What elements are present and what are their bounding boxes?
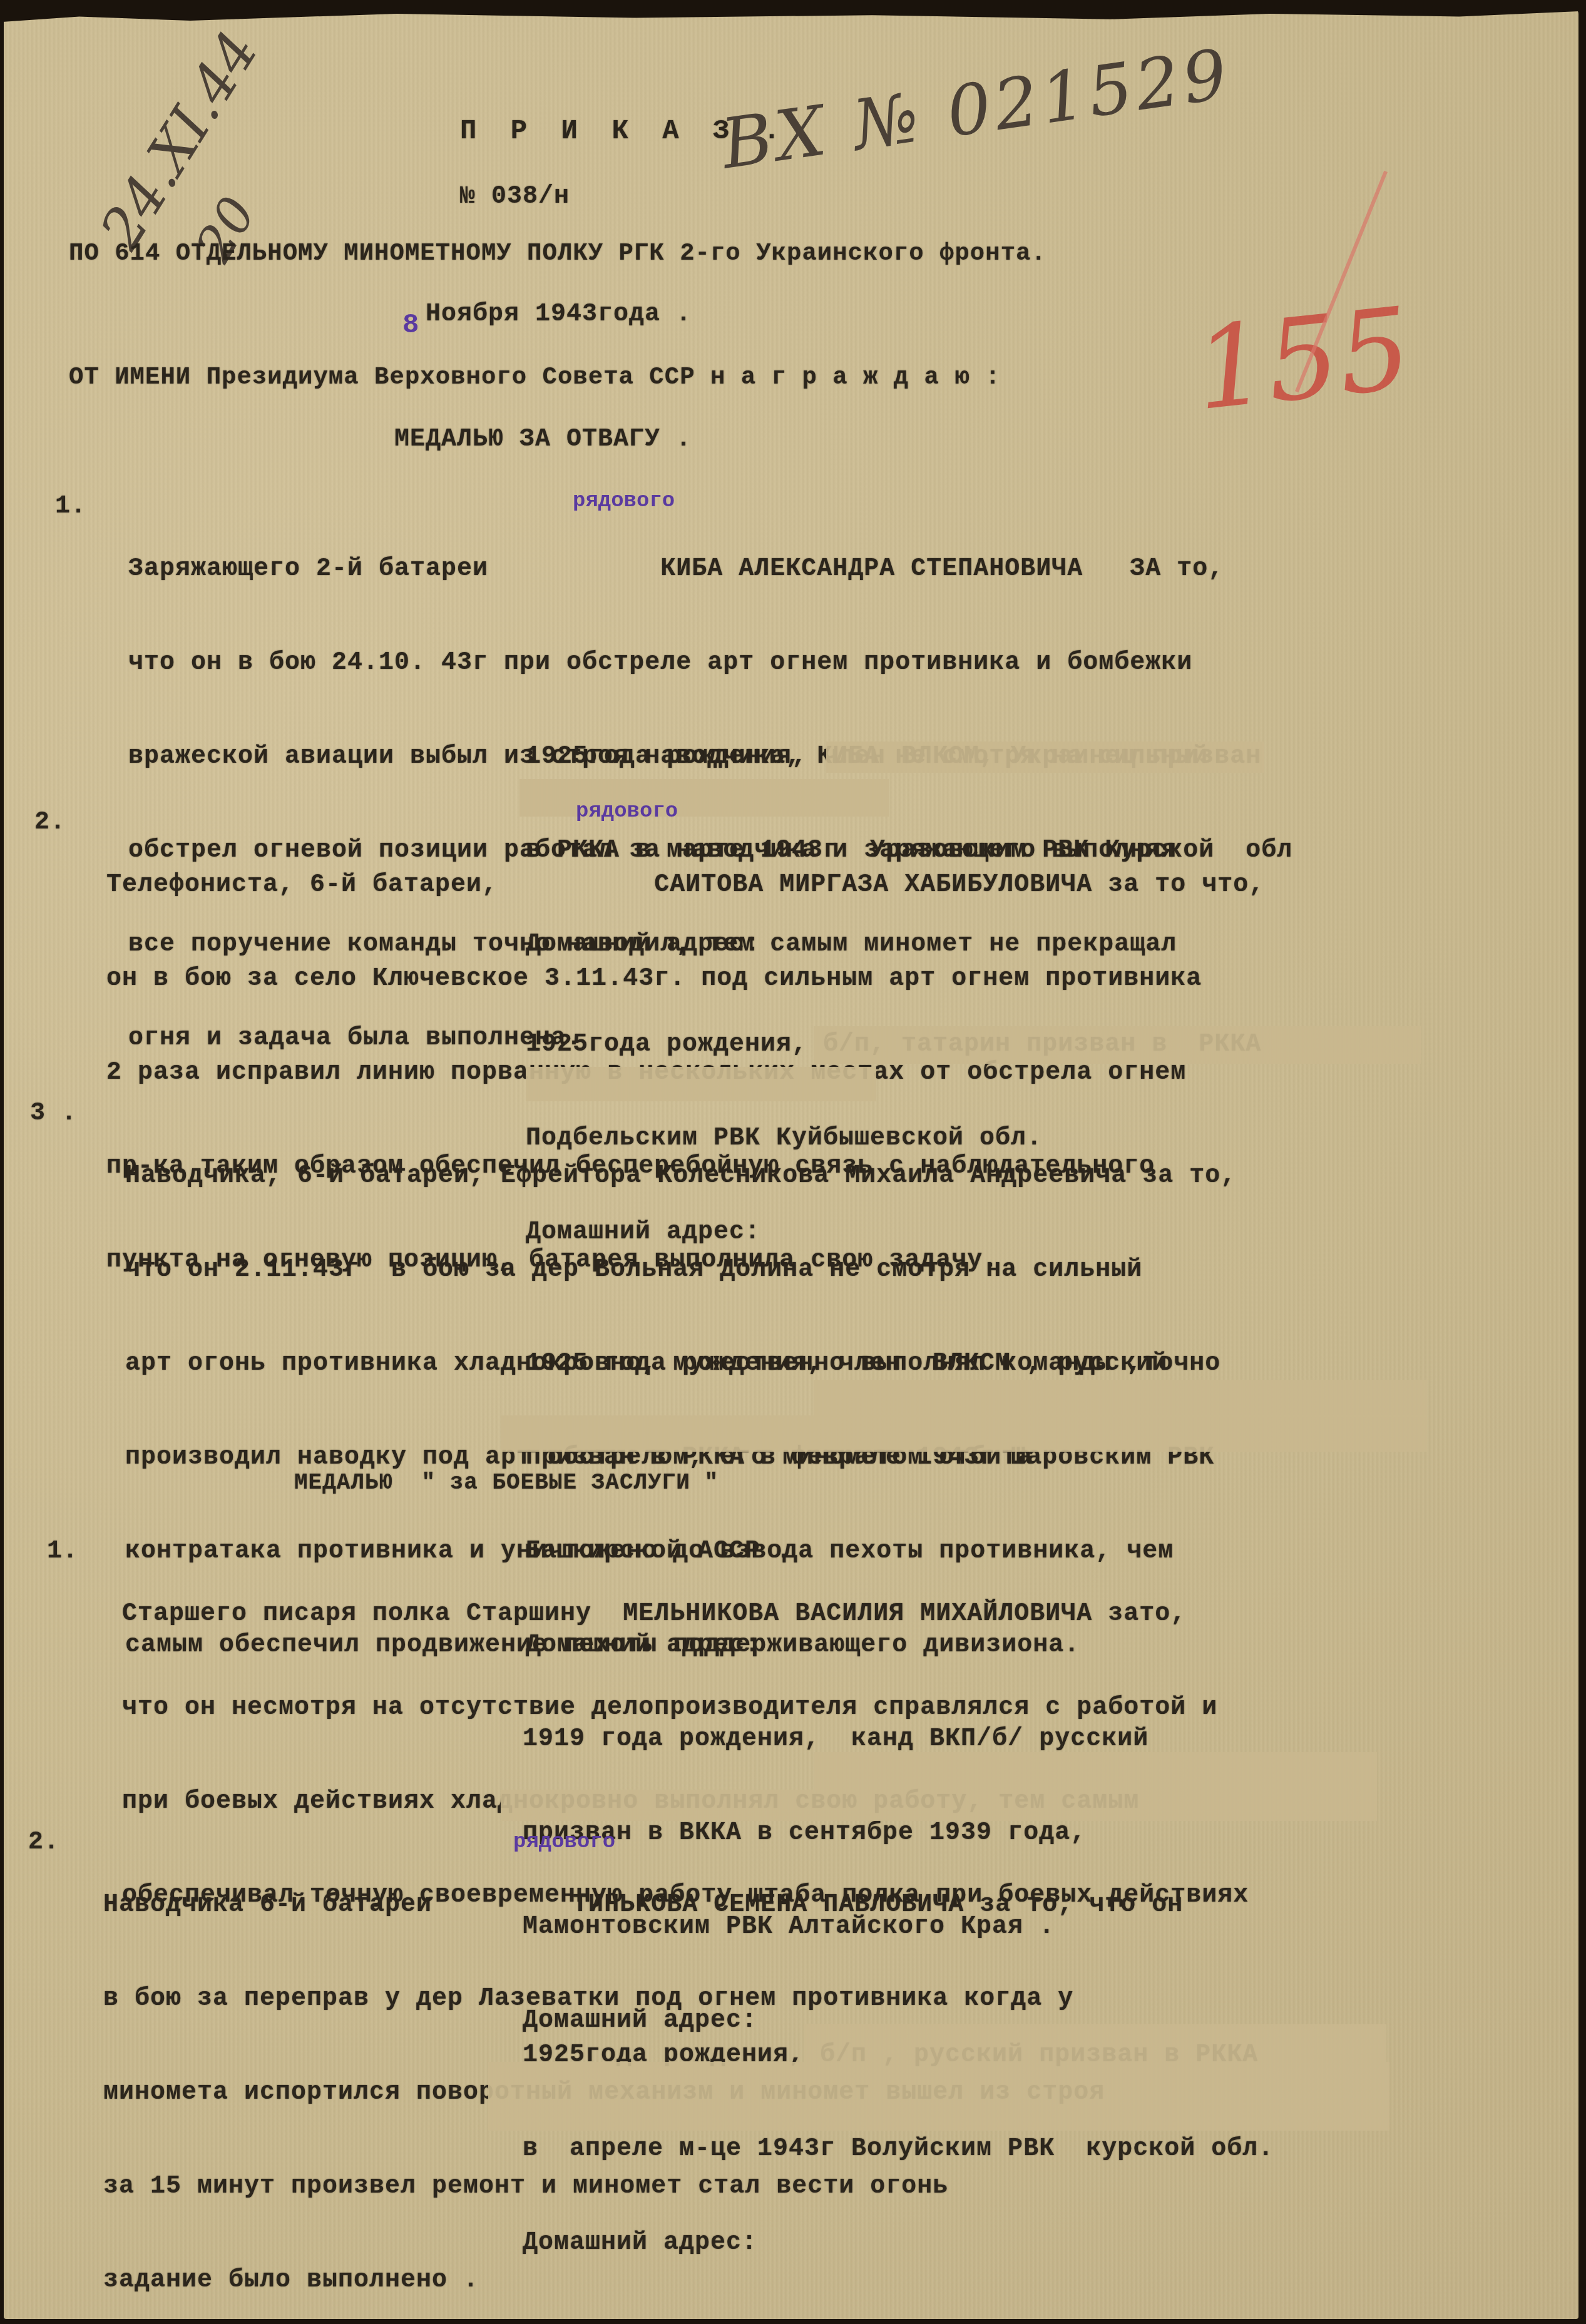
order-number: № 038/н [460,181,570,213]
section-heading-valor: МЕДАЛЬЮ ЗА ОТВАГУ . [394,424,692,456]
item-number: 1. [55,491,86,522]
date-line: Ноября 1943года . [426,299,692,330]
redacted-address [526,1067,876,1101]
redacted-address [501,1790,1377,1821]
preamble: ОТ ИМЕНИ Президиума Верховного Совета СС… [69,362,1001,393]
document-title: П Р И К А З . [460,116,789,147]
redacted-address [814,1380,1427,1417]
unit-line: ПО 614 ОТДЕЛЬНОМУ МИНОМЕТНОМУ ПОЛКУ РГК … [69,238,1046,269]
handwritten-red-number: 155 [1189,283,1417,436]
redacted-address [826,742,1264,773]
redacted-address [501,1415,1427,1452]
redacted-address [814,1026,1421,1064]
item-number: 2. [34,807,66,838]
item-number: 3 . [30,1098,77,1129]
section-heading-combat-merit: МЕДАЛЬЮ " за БОЕВЫЕ ЗАСЛУГИ " [294,1467,719,1499]
redacted-address [814,1752,1377,1790]
item-number: 1. [47,1536,78,1567]
redacted-address [804,2024,1386,2062]
item-number: 2. [28,1827,59,1858]
redacted-address [488,2062,1389,2131]
date-day-stamp: 8 [402,310,419,341]
